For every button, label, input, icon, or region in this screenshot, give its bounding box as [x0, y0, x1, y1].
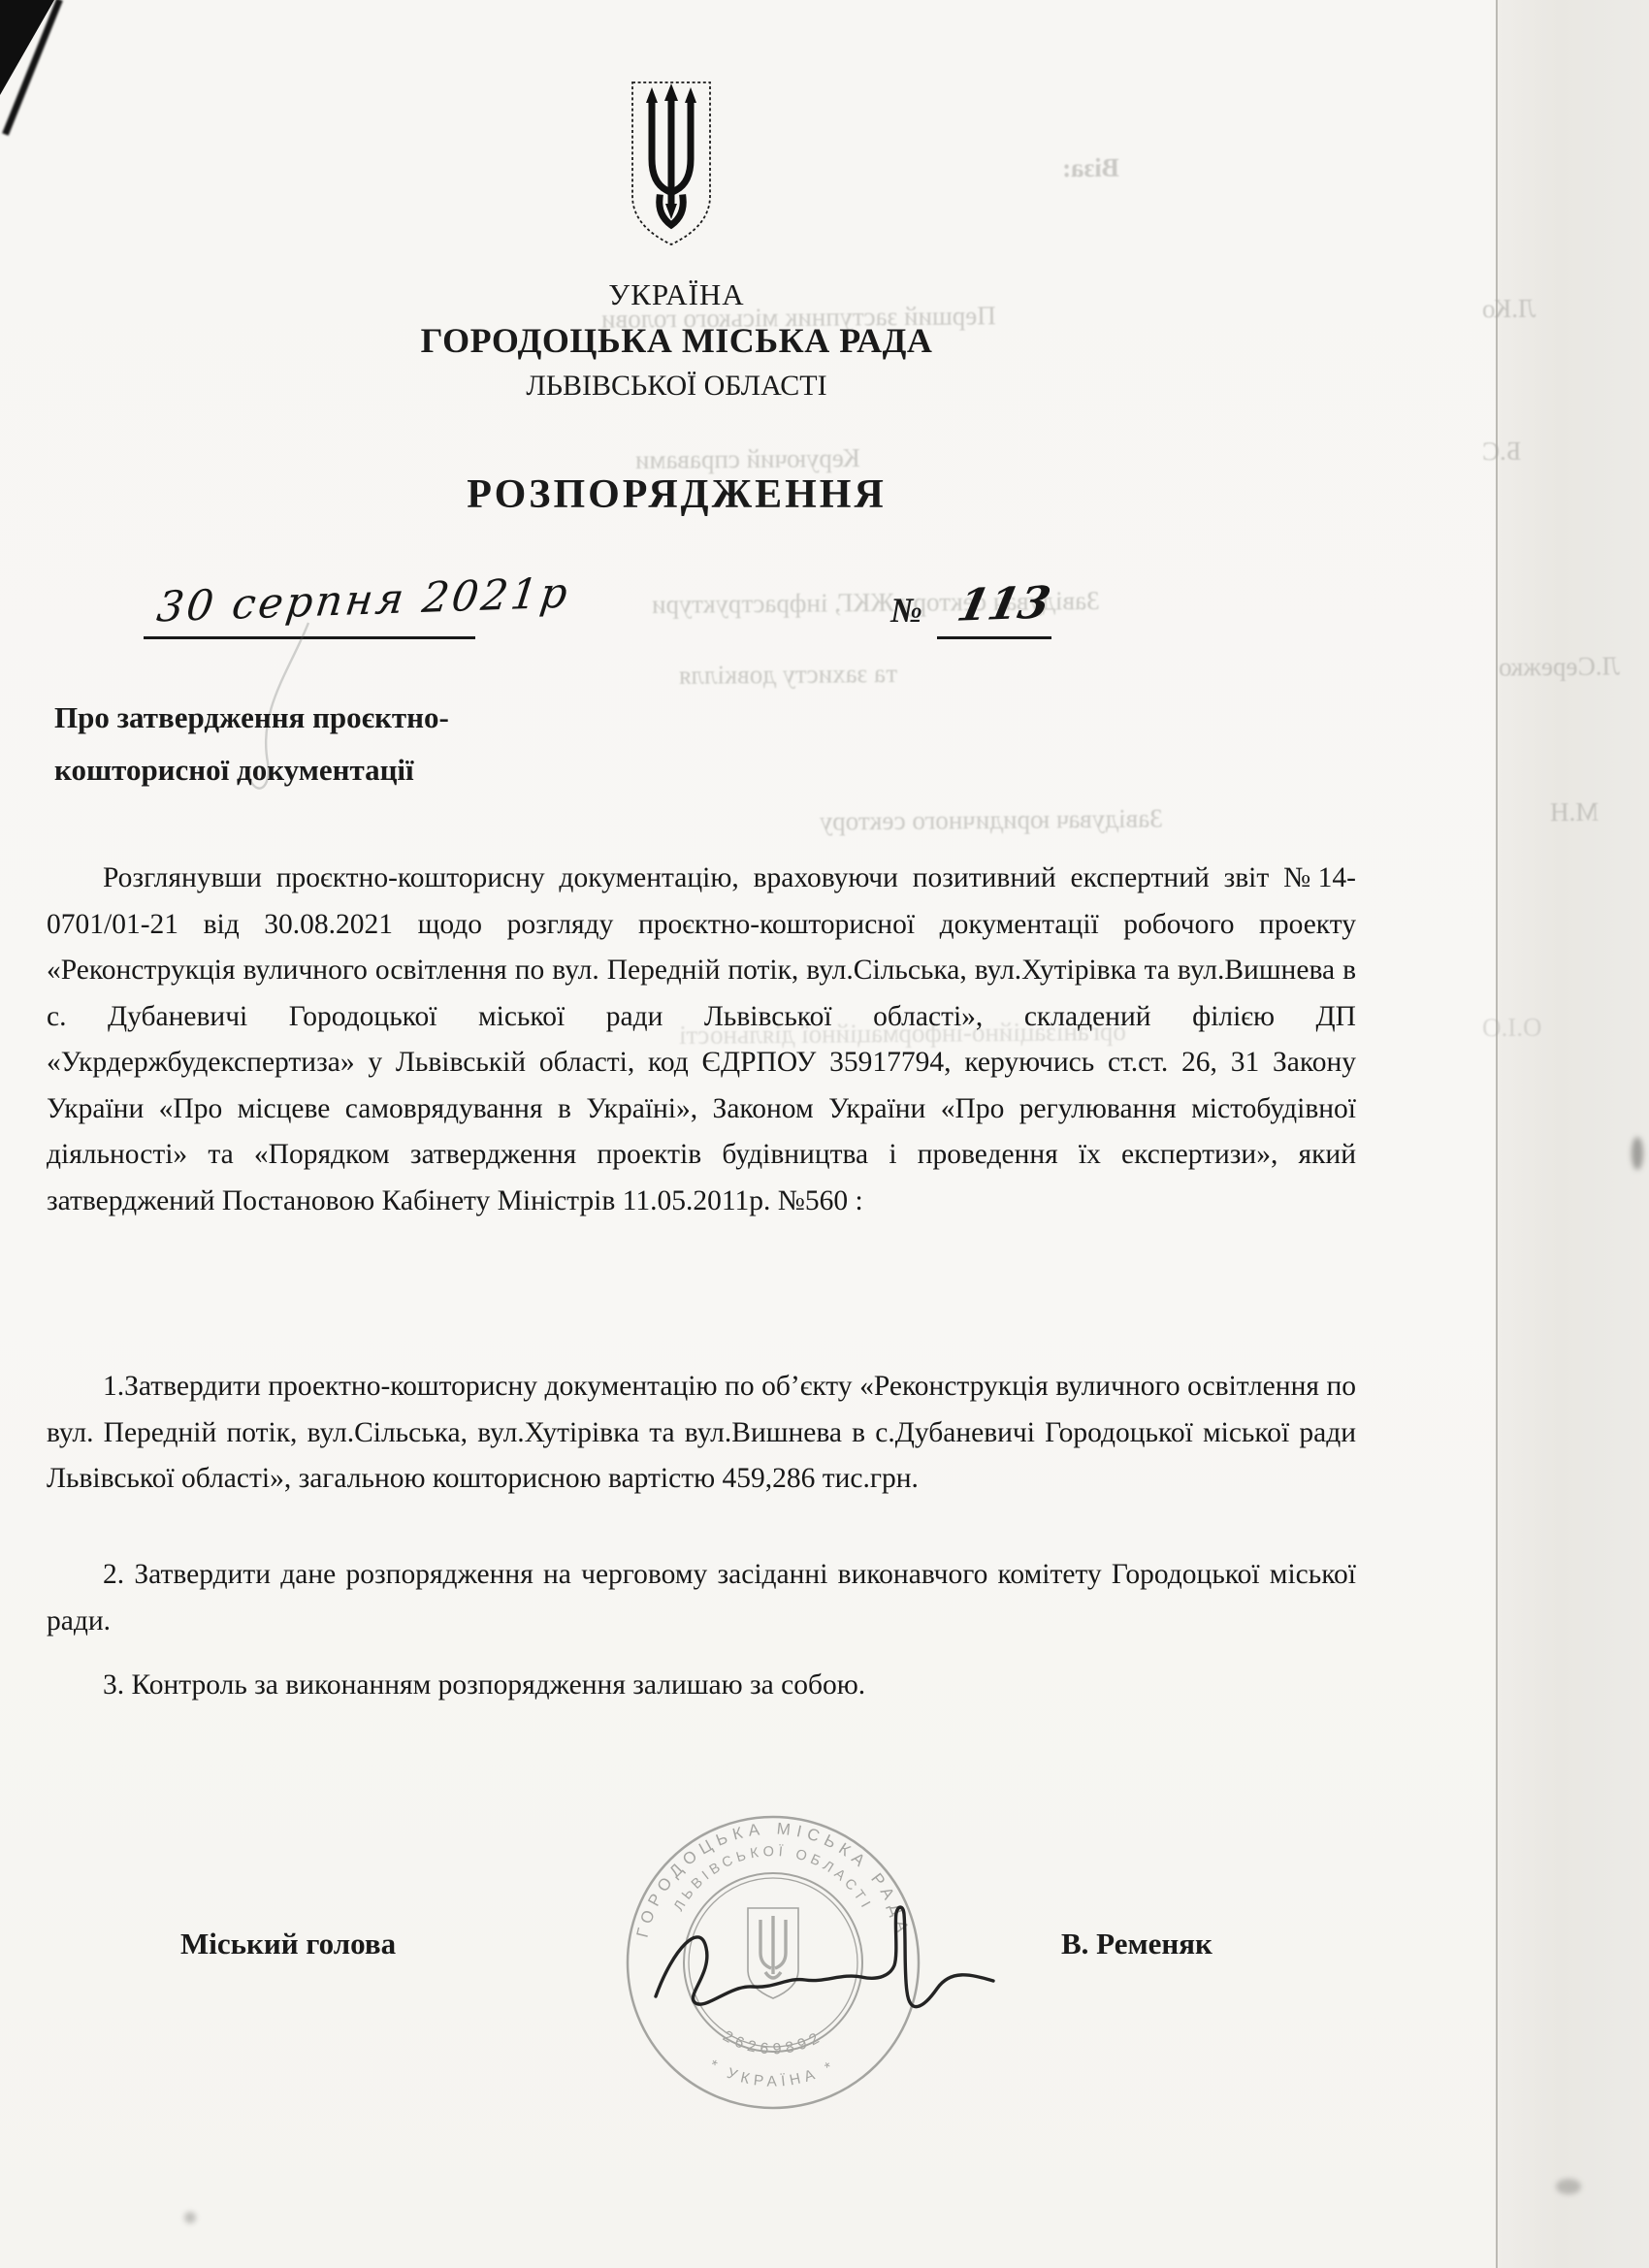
region-name: ЛЬВІВСЬКОЇ ОБЛАСТІ: [0, 370, 1353, 403]
scanned-document-page: Віза: Перший заступник міського голови Л…: [0, 0, 1649, 2268]
scan-smudge: [1556, 2179, 1581, 2194]
signatory-name: В. Ременяк: [1061, 1927, 1212, 1961]
doc-type-title: РОЗПОРЯДЖЕННЯ: [0, 471, 1353, 518]
signatory-title: Міський голова: [180, 1927, 396, 1961]
signature-stroke: [648, 1880, 1017, 2045]
bleed-line-title: Завідувач юридичного сектору: [820, 803, 1163, 836]
resolution-item-2: 2. Затвердити дане розпорядження на черг…: [47, 1552, 1356, 1644]
preamble-paragraph: Розглянувши проєктно-кошторисну документ…: [47, 856, 1356, 1224]
bleed-line-title: та захисту довкілля: [679, 659, 897, 691]
bleed-line-name: Л.Ко: [1482, 294, 1536, 324]
bleed-visa-label: Віза:: [1062, 153, 1119, 184]
ukraine-trident-emblem-icon: [623, 78, 720, 252]
country-name: УКРАЇНА: [0, 277, 1353, 312]
svg-text:* УКРАЇНА *: * УКРАЇНА *: [706, 2057, 839, 2090]
scan-smudge: [1632, 1137, 1643, 1170]
scan-smudge: [184, 2212, 196, 2223]
council-name: ГОРОДОЦЬКА МІСЬКА РАДА: [0, 320, 1353, 361]
doc-number-label: №: [890, 590, 922, 631]
subject-line-1: Про затвердження проєктно-: [54, 700, 449, 735]
number-underline: [937, 636, 1051, 639]
bleed-line-name: Л.Сережко: [1499, 651, 1620, 682]
bleed-line-name: М.Н: [1550, 797, 1600, 827]
scan-edge-strip: [1496, 0, 1649, 2268]
bleed-line-name: Б.С: [1482, 437, 1522, 467]
doc-number-value: 113: [953, 576, 1054, 632]
resolution-item-1: 1.Затвердити проектно-кошторисну докумен…: [47, 1364, 1356, 1503]
stamp-country-text: * УКРАЇНА *: [706, 2057, 839, 2090]
resolution-item-3: 3. Контроль за виконанням розпорядження …: [47, 1663, 1356, 1709]
subject-line-2: кошторисної документації: [54, 753, 414, 788]
bleed-line-name: О.І.О: [1482, 1013, 1542, 1044]
